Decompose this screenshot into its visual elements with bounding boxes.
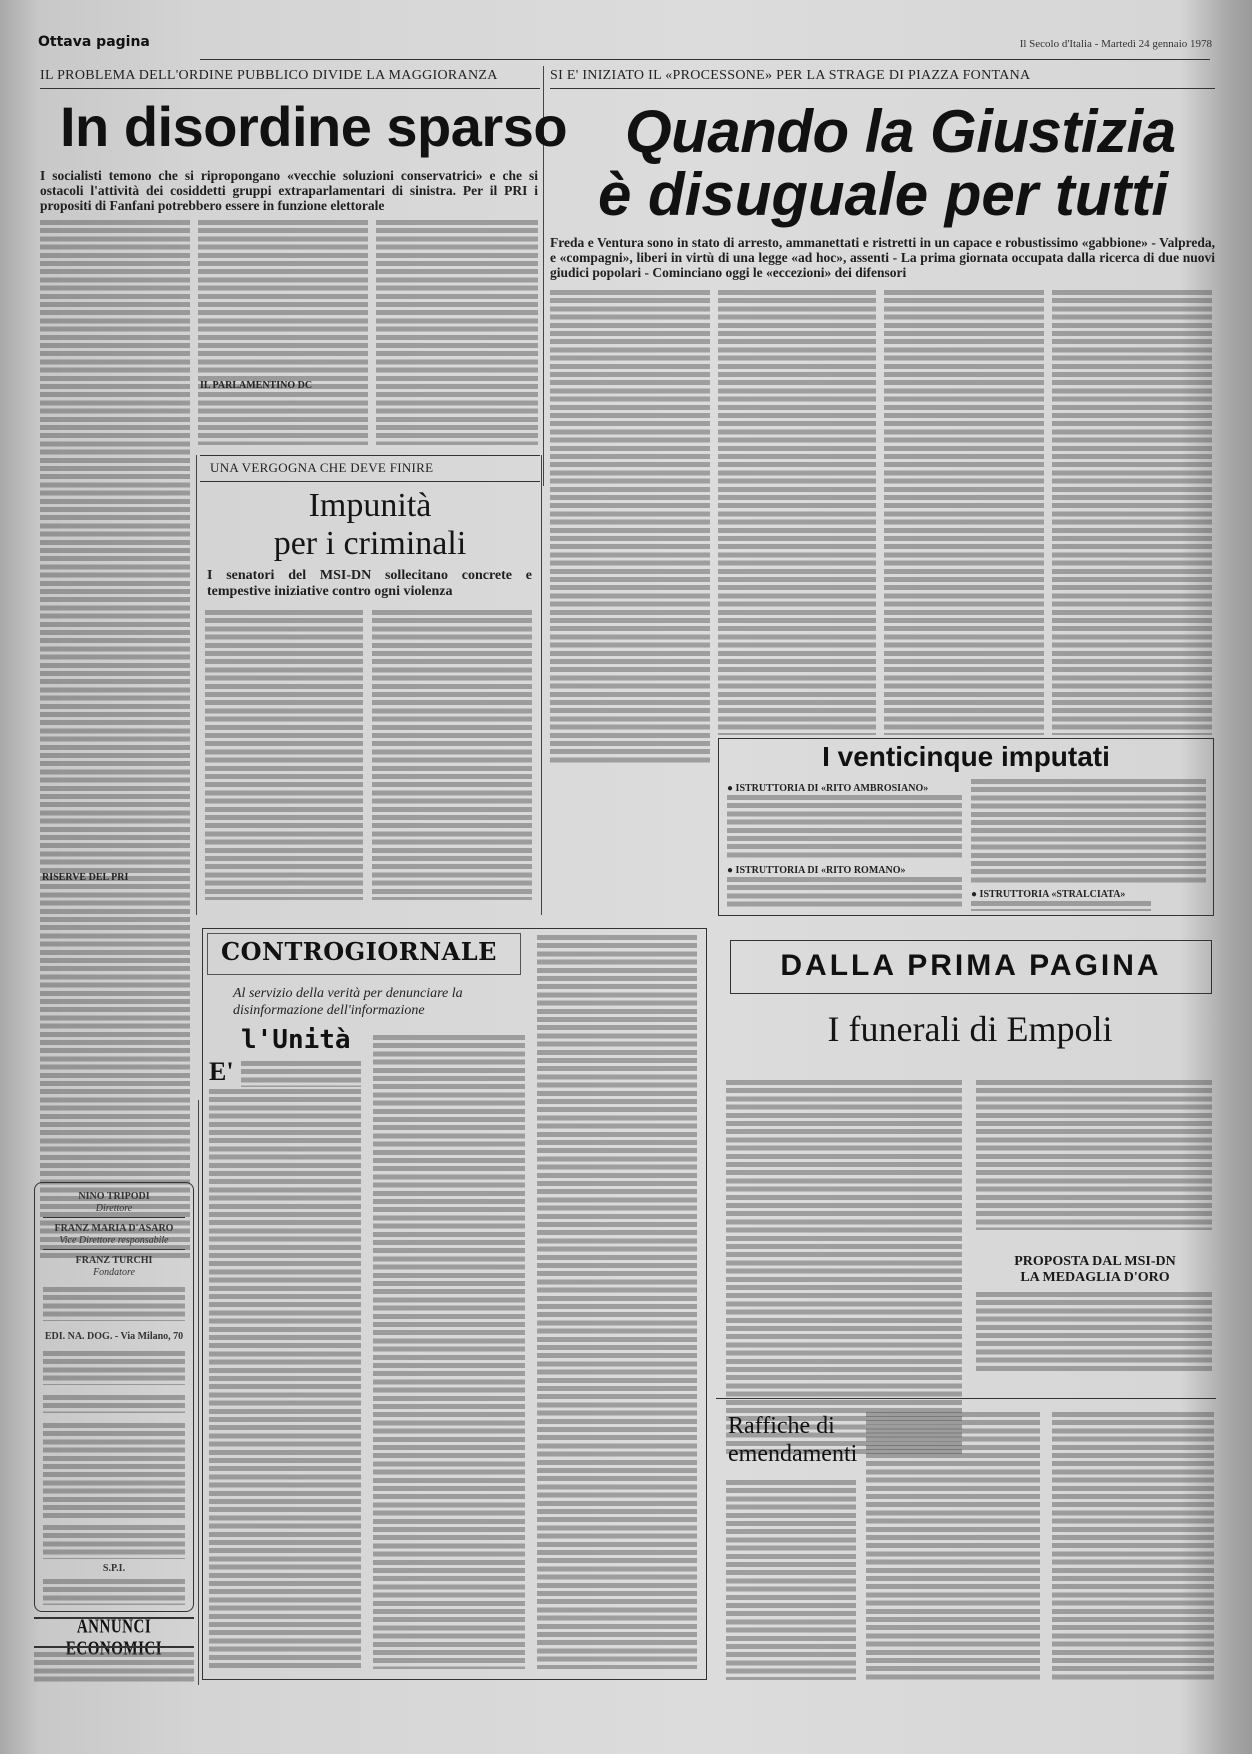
dalla-prima-title: DALLA PRIMA PAGINA (731, 949, 1211, 983)
controgiornale-dropcap: E' (209, 1057, 234, 1087)
funerali-body-col2 (976, 1080, 1212, 1230)
medaglia-subhead: PROPOSTA DAL MSI-DN LA MEDAGLIA D'ORO (960, 1254, 1230, 1286)
impunita-kicker-rule (200, 481, 540, 482)
left-subhead: IL PARLAMENTINO DC (200, 380, 312, 391)
page-folio: Ottava pagina (38, 34, 150, 50)
colophon-text-5 (43, 1525, 185, 1559)
controgiornale-title: CONTROGIORNALE (221, 937, 497, 966)
impunita-right-border (541, 455, 542, 915)
dalla-prima-box: DALLA PRIMA PAGINA (730, 940, 1212, 994)
right-body-col3 (884, 290, 1044, 735)
colophon-director-role: Direttore (35, 1203, 193, 1214)
right-body-col4 (1052, 290, 1212, 735)
left-kicker-rule (40, 88, 540, 89)
impunita-kicker: UNA VERGOGNA CHE DEVE FINIRE (210, 460, 433, 476)
medaglia-body (976, 1292, 1212, 1374)
colophon-text-6 (43, 1579, 185, 1605)
impunita-top-rule (200, 455, 540, 456)
imputati-title: I venticinque imputati (719, 741, 1213, 773)
classifieds-rule-bottom (34, 1646, 194, 1648)
imputati-list-3 (971, 779, 1206, 884)
colophon-director: NINO TRIPODI (35, 1191, 193, 1202)
left-deck: I socialisti temono che si ripropongano … (40, 168, 538, 213)
colophon-text-1 (43, 1287, 185, 1321)
colophon-founder: FRANZ TURCHI (35, 1255, 193, 1266)
left-headline: In disordine sparso (60, 92, 567, 162)
impunita-body-col1 (205, 610, 363, 900)
imputati-list-4 (971, 901, 1151, 911)
colophon-text-2 (43, 1351, 185, 1385)
colophon-box: NINO TRIPODI Direttore FRANZ MARIA D'ASA… (34, 1182, 194, 1612)
raffiche-body-col3 (1052, 1412, 1214, 1680)
left-body-col2 (198, 220, 368, 445)
top-rule (200, 59, 1210, 60)
imputati-box: I venticinque imputati ● ISTRUTTORIA DI … (718, 738, 1214, 916)
controgiornale-box: CONTROGIORNALE Al servizio della verità … (202, 928, 707, 1680)
imputati-section-3: ● ISTRUTTORIA «STRALCIATA» (971, 889, 1125, 900)
controgiornale-tagline: Al servizio della verità per denunciare … (233, 985, 493, 1019)
left-kicker: IL PROBLEMA DELL'ORDINE PUBBLICO DIVIDE … (40, 68, 498, 84)
raffiche-headline: Raffiche di emendamenti (728, 1412, 857, 1468)
dateline: Il Secolo d'Italia - Martedì 24 gennaio … (1020, 38, 1212, 50)
controgiornale-body-col1 (209, 1089, 361, 1669)
left-body-col1 (40, 220, 190, 1260)
right-body-col2 (718, 290, 876, 735)
raffiche-body-col2 (866, 1412, 1040, 1680)
raffiche-top-rule (716, 1398, 1216, 1399)
impunita-body-col2 (372, 610, 532, 900)
colophon-publisher: EDI. NA. DOG. - Via Milano, 70 (35, 1331, 193, 1342)
colophon-text-4 (43, 1423, 185, 1518)
impunita-left-border (196, 455, 197, 915)
right-headline-line2: è disuguale per tutti (598, 163, 1168, 227)
colophon-agency: S.P.I. (35, 1563, 193, 1574)
left-column-divider (198, 1100, 199, 1685)
funerali-headline: I funerali di Empoli (720, 1008, 1220, 1050)
left-subhead-2: RISERVE DEL PRI (42, 872, 128, 883)
right-kicker-rule (550, 88, 1215, 89)
colophon-text-3 (43, 1395, 185, 1413)
right-headline-line1: Quando la Giustizia (625, 100, 1176, 164)
colophon-codirector: FRANZ MARIA D'ASARO (35, 1223, 193, 1234)
classifieds-body (34, 1652, 194, 1682)
colophon-rule-2 (43, 1249, 185, 1250)
imputati-list-1 (727, 795, 962, 860)
colophon-codirector-role: Vice Direttore responsabile (35, 1235, 193, 1246)
impunita-deck: I senatori del MSI-DN sollecitano concre… (207, 568, 532, 600)
controgiornale-source: l'Unità (241, 1025, 351, 1055)
impunita-headline-line2: per i criminali (200, 526, 540, 562)
right-body-col1 (550, 290, 710, 765)
controgiornale-body-col3 (537, 935, 697, 1669)
right-deck: Freda e Ventura sono in stato di arresto… (550, 235, 1215, 280)
imputati-section-1: ● ISTRUTTORIA DI «RITO AMBROSIANO» (727, 783, 928, 794)
controgiornale-body-col2 (373, 1035, 525, 1669)
newspaper-page: Ottava pagina Il Secolo d'Italia - Marte… (0, 0, 1252, 1754)
controgiornale-body-intro (241, 1061, 361, 1087)
left-body-col3 (376, 220, 538, 445)
imputati-section-2: ● ISTRUTTORIA DI «RITO ROMANO» (727, 865, 906, 876)
colophon-rule-1 (43, 1217, 185, 1218)
imputati-list-2 (727, 877, 962, 909)
right-kicker: SI E' INIZIATO IL «PROCESSONE» PER LA ST… (550, 68, 1030, 84)
raffiche-body-col1 (726, 1480, 856, 1680)
colophon-founder-role: Fondatore (35, 1267, 193, 1278)
impunita-headline-line1: Impunità (200, 488, 540, 524)
